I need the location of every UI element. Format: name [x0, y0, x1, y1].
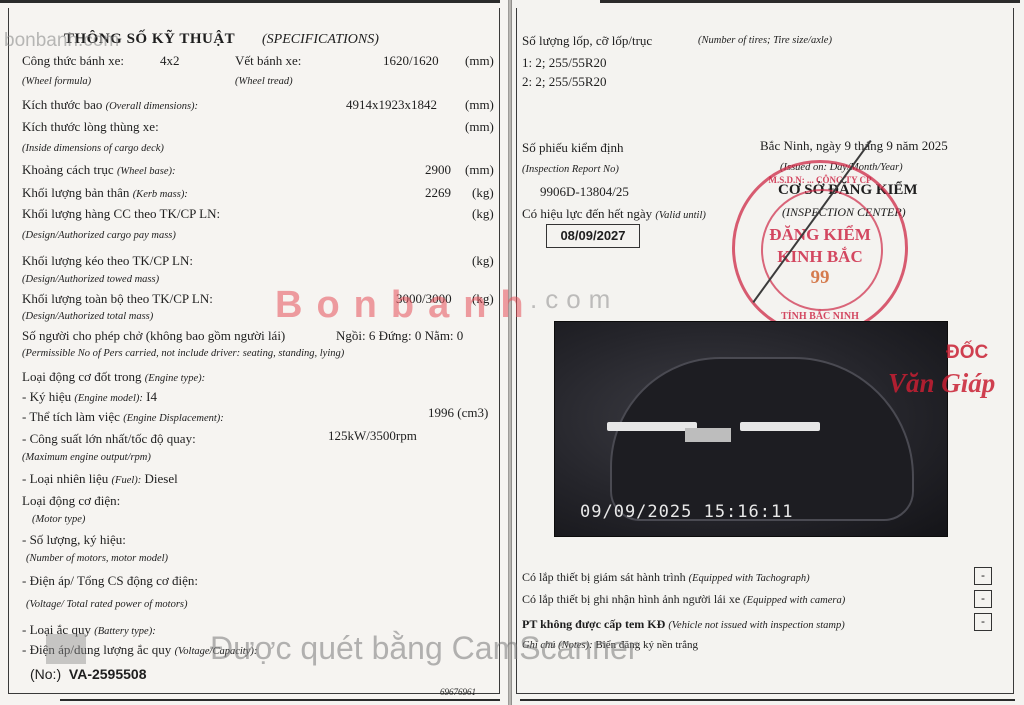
kerb-mass-label: Khối lượng bản thân (Kerb mass): — [22, 185, 188, 202]
persons-value: Ngồi: 6 Đứng: 0 Nằm: 0 — [336, 328, 463, 343]
wheel-tread-en: (Wheel tread) — [235, 74, 293, 89]
bottom-border — [60, 699, 500, 701]
wheel-base-unit: (mm) — [465, 162, 494, 177]
towed-mass-label: Khối lượng kéo theo TK/CP LN: — [22, 253, 193, 268]
motor-count-en: (Number of motors, motor model) — [26, 551, 168, 566]
tachograph-checkbox[interactable]: - — [974, 567, 992, 585]
page-fold — [508, 0, 512, 705]
stamp-line-1: ĐĂNG KIỂM — [735, 225, 905, 245]
valid-label: Có hiệu lực đến hết ngày (Valid until) — [522, 206, 706, 223]
max-output-value: 125kW/3500rpm — [328, 428, 417, 443]
max-output-label: - Công suất lớn nhất/tốc độ quay: — [22, 431, 196, 446]
top-border — [600, 0, 1020, 3]
director-signature: Văn Giáp — [888, 368, 995, 399]
no-stamp-checkbox[interactable]: - — [974, 613, 992, 631]
towed-mass-en: (Design/Authorized towed mass) — [22, 272, 159, 287]
motor-type-label: Loại động cơ điện: — [22, 493, 120, 508]
stamp-top-text: M.S.D.N: ... CÔNG TY CP — [735, 175, 905, 185]
motor-count-label: - Số lượng, ký hiệu: — [22, 532, 126, 547]
wheel-tread-label: Vết bánh xe: — [235, 53, 301, 68]
motor-power-en: (Voltage/ Total rated power of motors) — [26, 597, 188, 612]
persons-en: (Permissible No of Pers carried, not inc… — [22, 346, 344, 361]
stamp-line-2: KINH BẮC — [735, 247, 905, 267]
battery-type: - Loại ắc quy (Battery type): — [22, 622, 156, 639]
motor-power-label: - Điện áp/ Tổng CS động cơ điện: — [22, 573, 198, 588]
report-en: (Inspection Report No) — [522, 162, 619, 177]
wheel-base-value: 2900 — [425, 162, 451, 177]
kerb-mass-unit: (kg) — [472, 185, 494, 200]
cargo-mass-en: (Design/Authorized cargo pay mass) — [22, 228, 176, 243]
bottom-border — [520, 699, 1015, 701]
wheel-formula-value: 4x2 — [160, 53, 180, 68]
total-mass-label: Khối lượng toàn bộ theo TK/CP LN: — [22, 291, 213, 306]
bonbanh-watermark: Bonbanh — [275, 284, 538, 327]
valid-until-date: 08/09/2027 — [546, 224, 640, 248]
kerb-mass-value: 2269 — [425, 185, 451, 200]
cargo-mass-label: Khối lượng hàng CC theo TK/CP LN: — [22, 206, 220, 221]
overall-dimensions-label: Kích thước bao (Overall dimensions): — [22, 97, 198, 114]
taillight-left — [607, 422, 697, 431]
photo-timestamp: 09/09/2025 15:16:11 — [580, 502, 793, 522]
camscanner-logo-icon — [46, 634, 86, 664]
serial-number: (No:) VA-2595508 — [30, 667, 146, 682]
spec-title-en: (SPECIFICATIONS) — [262, 32, 379, 47]
license-plate — [685, 428, 731, 442]
tire-row-2: 2: 2; 255/55R20 — [522, 74, 607, 89]
report-number: 9906D-13804/25 — [540, 184, 629, 199]
tachograph-label: Có lắp thiết bị giám sát hành trình (Equ… — [522, 570, 810, 586]
cargo-mass-unit: (kg) — [472, 206, 494, 221]
max-output-en: (Maximum engine output/rpm) — [22, 450, 151, 465]
dotcom-watermark: .com — [530, 284, 618, 315]
engine-type-label: Loại động cơ đốt trong (Engine type): — [22, 369, 205, 386]
overall-dimensions-unit: (mm) — [465, 97, 494, 112]
taillight-right — [740, 422, 820, 431]
camscanner-watermark: Được quét bằng CamScanner — [210, 630, 638, 667]
top-border — [0, 0, 500, 3]
tires-label: Số lượng lốp, cỡ lốp/trục — [522, 33, 652, 48]
official-stamp: M.S.D.N: ... CÔNG TY CP ĐĂNG KIỂM KINH B… — [732, 160, 908, 336]
persons-label: Số người cho phép chở (không bao gồm ngư… — [22, 328, 285, 343]
total-mass-en: (Design/Authorized total mass) — [22, 309, 153, 324]
wheel-tread-unit: (mm) — [465, 53, 494, 68]
report-label: Số phiếu kiểm định — [522, 140, 623, 155]
fuel: - Loại nhiên liệu (Fuel): Diesel — [22, 471, 178, 488]
camera-checkbox[interactable]: - — [974, 590, 992, 608]
car-silhouette — [610, 357, 914, 521]
tire-row-1: 1: 2; 255/55R20 — [522, 55, 607, 70]
wheel-tread-value: 1620/1620 — [383, 53, 439, 68]
tires-en: (Number of tires; Tire size/axle) — [698, 33, 832, 48]
director-title: ĐỐC — [946, 342, 988, 364]
displacement-label: - Thể tích làm việc (Engine Displacement… — [22, 409, 224, 426]
wheel-formula-label: Công thức bánh xe: — [22, 53, 124, 68]
wheel-base-label: Khoảng cách trục (Wheel base): — [22, 162, 176, 179]
wheel-formula-en: (Wheel formula) — [22, 74, 91, 89]
footer-code: 69676961 — [440, 685, 476, 700]
camera-label: Có lắp thiết bị ghi nhận hình ảnh người … — [522, 592, 845, 608]
motor-type-en: (Motor type) — [32, 512, 85, 527]
displacement-value: 1996 (cm3) — [428, 405, 488, 420]
cargo-deck-unit: (mm) — [465, 119, 494, 134]
cargo-deck-en: (Inside dimensions of cargo deck) — [22, 141, 164, 156]
overall-dimensions-value: 4914x1923x1842 — [346, 97, 437, 112]
cargo-deck-label: Kích thước lòng thùng xe: — [22, 119, 159, 134]
vehicle-photo: 09/09/2025 15:16:11 — [554, 321, 948, 537]
issued-date: Bắc Ninh, ngày 9 tháng 9 năm 2025 — [760, 138, 948, 153]
towed-mass-unit: (kg) — [472, 253, 494, 268]
engine-model: - Ký hiệu (Engine model): I4 — [22, 389, 157, 406]
site-logo-watermark: bonbanh.com — [4, 30, 119, 52]
stamp-line-3: 99 — [735, 267, 905, 289]
